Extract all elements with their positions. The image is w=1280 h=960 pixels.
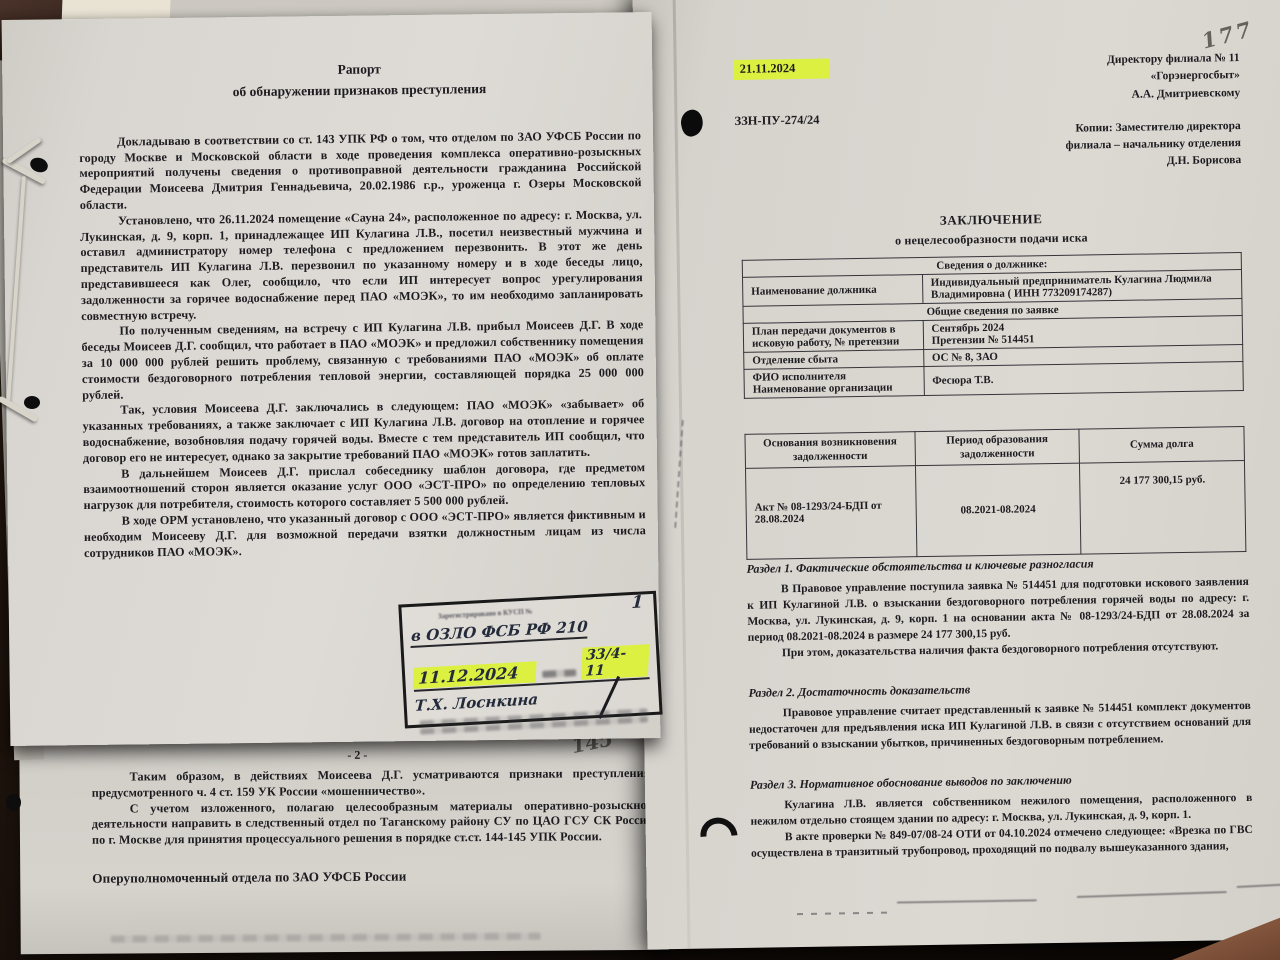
table-label: Наименование должника — [743, 275, 923, 307]
report-title: Рапорт об обнаружении признаков преступл… — [78, 56, 640, 105]
table-cell-basis: Акт № 08-1293/24-БДП от 28.08.2024 — [746, 465, 917, 559]
table-value: Фесюра Т.В. — [924, 362, 1244, 396]
column-header: Сумма долга — [1079, 427, 1244, 463]
punch-hole — [24, 396, 40, 409]
reference-number: ЗЗН-ПУ-274/24 — [734, 113, 819, 129]
report-paragraph: С учетом изложенного, полагаю целесообра… — [92, 797, 654, 848]
report-paragraph: В дальнейшем Моисеев Д.Г. прислал собесе… — [83, 460, 646, 514]
pen-dotted-line — [797, 912, 887, 915]
column-header: Период образования задолженности — [915, 429, 1080, 465]
addressee-line: «Горэнергосбыт» — [1064, 67, 1240, 87]
report-paragraph: Таким образом, в действиях Моисеева Д.Г.… — [92, 766, 654, 802]
table-cell-amount: 24 177 300,15 руб. — [1080, 460, 1246, 554]
debtor-info-table: Сведения о должнике: Наименование должни… — [742, 252, 1244, 399]
addressee-line: А.А. Дмитриевскому — [1065, 85, 1241, 105]
report-paragraph: По полученным сведениям, на встречу с ИП… — [81, 318, 644, 404]
pen-scribble-line — [1237, 881, 1280, 888]
copy-line: Д.Н. Борисова — [1066, 152, 1242, 172]
table-label-line: Наименование организации — [753, 381, 916, 396]
signature-title-line: Оперуполномоченный отдела по ЗАО УФСБ Ро… — [92, 867, 654, 887]
addressee-block: Директору филиала № 11 «Горэнергосбыт» А… — [1064, 50, 1241, 172]
table-label: ФИО исполнителя Наименование организации — [744, 367, 924, 399]
registration-stamp: Зарегистрировано в КУСП № 1 в ОЗЛО ФСБ Р… — [398, 591, 662, 729]
debt-summary-table: Основания возникновения задолженности Пе… — [744, 426, 1246, 559]
conclusion-title: ЗАКЛЮЧЕНИЕ о нецелесообразности подачи и… — [741, 206, 1242, 251]
stamp-faded-print — [542, 669, 576, 678]
table-cell-period: 08.2021-08.2024 — [915, 463, 1081, 557]
conclusion-sections: Раздел 1. Фактические обстоятельства и к… — [746, 554, 1253, 862]
page-number: - 2 - — [347, 748, 367, 763]
handwritten-page-mark: 177 — [1199, 16, 1256, 54]
report-page-2: 145 - 2 - Таким образом, в действиях Мои… — [19, 726, 669, 955]
section-paragraph: В Правовое управление поступила заявка №… — [747, 574, 1250, 646]
pen-scribble-line — [1077, 891, 1227, 898]
stamp-date: 11.12.2024 — [413, 661, 537, 689]
conclusion-page: 177 21.11.2024 ЗЗН-ПУ-274/24 Директору ф… — [633, 0, 1280, 949]
pen-scribble-line — [897, 899, 1037, 903]
report-paragraph: Так, условия Моисеева Д.Г. заключались в… — [82, 397, 645, 467]
report-paragraph: В ходе ОРМ установлено, что указанный до… — [84, 507, 647, 561]
report-body: Рапорт об обнаружении признаков преступл… — [78, 56, 646, 561]
stamp-printed-label: Зарегистрировано в КУСП № — [438, 607, 533, 620]
column-header: Основания возникновения задолженности — [745, 432, 915, 468]
stamp-kusp-number: 1 — [631, 592, 644, 613]
stamp-case-number: 33/4-11 — [581, 644, 650, 680]
stamp-signature: Т.Х. Лоснкина — [414, 690, 538, 715]
punch-hole — [6, 794, 21, 811]
conclusion-date: 21.11.2024 — [734, 58, 830, 79]
report-page2-body: Таким образом, в действиях Моисеева Д.Г.… — [92, 766, 655, 887]
table-label: План передачи документов в исковую работ… — [743, 321, 923, 353]
cut-off-text-line — [111, 933, 541, 943]
report-paragraph: Установлено, что 26.11.2024 помещение «С… — [80, 207, 643, 324]
report-page-1: Рапорт об обнаружении признаков преступл… — [2, 12, 661, 746]
report-paragraph: Докладываю в соответствии со ст. 143 УПК… — [79, 128, 642, 214]
section-paragraph: В акте проверки № 849-07/08-24 ОТИ от 04… — [751, 822, 1253, 862]
section-paragraph: Правовое управление считает представленн… — [749, 698, 1252, 754]
